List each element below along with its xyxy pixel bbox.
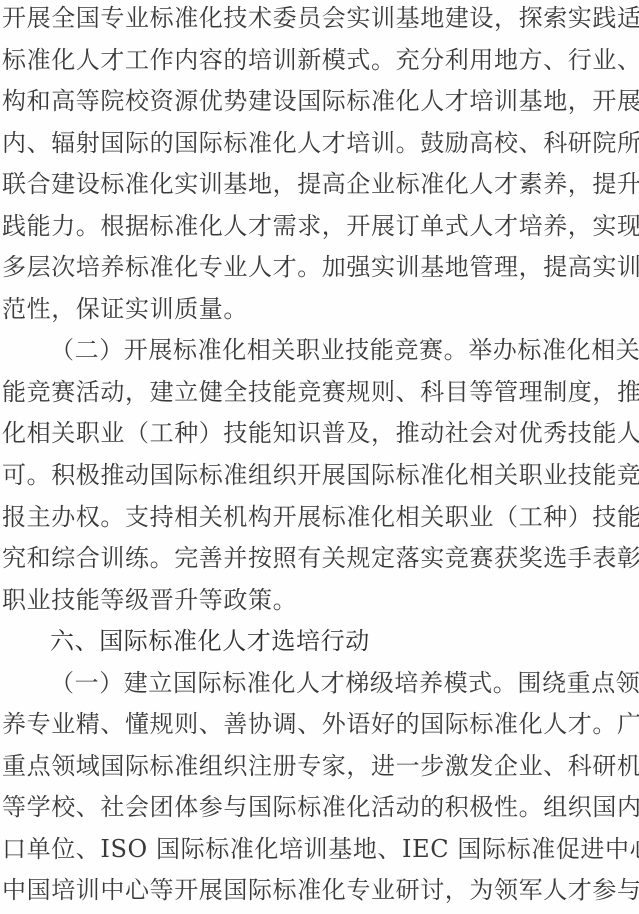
subsection-heading-line: （一）建立国际标准化人才梯级培养模式。围绕重点领域，培 — [50, 663, 639, 705]
text-line: 养专业精、懂规则、善协调、外语好的国际标准化人才。广泛征集 — [2, 704, 639, 746]
text-line: 内、辐射国际的国际标准化人才培训。鼓励高校、科研院所和企业 — [2, 123, 639, 165]
text-line: 职业技能等级晋升等政策。 — [2, 580, 639, 622]
text-line: 标准化人才工作内容的培训新模式。充分利用地方、行业、科研机 — [2, 40, 639, 82]
text-line: 中国培训中心等开展国际标准化专业研讨，为领军人才参与国际标 — [2, 870, 639, 912]
text-line: 究和综合训练。完善并按照有关规定落实竞赛获奖选手表彰奖励、 — [2, 538, 639, 580]
text-line: 报主办权。支持相关机构开展标准化相关职业（工种）技能竞赛研 — [2, 497, 639, 539]
text-line: 践能力。根据标准化人才需求，开展订单式人才培养，实现多渠道、 — [2, 206, 639, 248]
document-page: 开展全国专业标准化技术委员会实训基地建设，探索实践适合不同 标准化人才工作内容的… — [0, 0, 639, 914]
text-line: 等学校、社会团体参与国际标准化活动的积极性。组织国内技术对 — [2, 787, 639, 829]
text-line: 口单位、ISO 国际标准化培训基地、IEC 国际标准促进中心、ITU — [2, 829, 639, 871]
text-line: 能竞赛活动，建立健全技能竞赛规则、科目等管理制度，推进标准 — [2, 372, 639, 414]
text-line: 构和高等院校资源优势建设国际标准化人才培训基地，开展面向国 — [2, 81, 639, 123]
text-line: 范性，保证实训质量。 — [2, 289, 639, 331]
section-heading: 六、国际标准化人才选培行动 — [50, 621, 639, 663]
text-line: 联合建设标准化实训基地，提高企业标准化人才素养，提升工作实 — [2, 164, 639, 206]
text-line: 多层次培养标准化专业人才。加强实训基地管理，提高实训基地规 — [2, 247, 639, 289]
text-line: 开展全国专业标准化技术委员会实训基地建设，探索实践适合不同 — [2, 0, 639, 40]
text-line: 可。积极推动国际标准组织开展国际标准化相关职业技能竞赛并申 — [2, 455, 639, 497]
subsection-heading-line: （二）开展标准化相关职业技能竞赛。举办标准化相关职业技 — [50, 330, 639, 372]
text-line: 化相关职业（工种）技能知识普及，推动社会对优秀技能人才的认 — [2, 413, 639, 455]
text-line: 重点领域国际标准组织注册专家，进一步激发企业、科研机构、高 — [2, 746, 639, 788]
